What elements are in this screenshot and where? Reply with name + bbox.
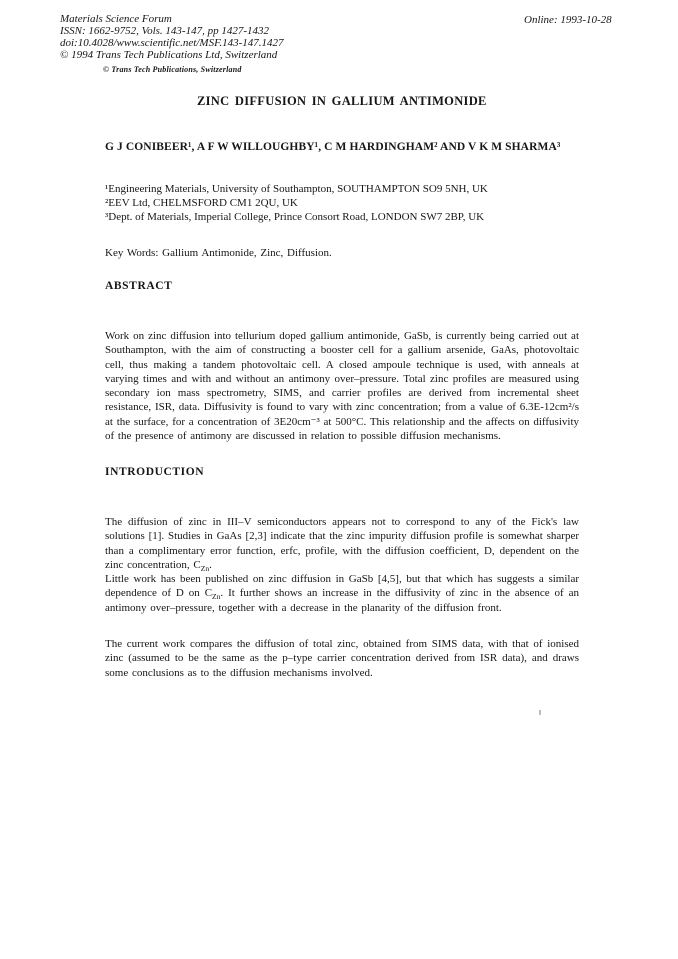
keywords-line: Key Words: Gallium Antimonide, Zinc, Dif… (105, 247, 332, 259)
authors-line: G J CONIBEER¹, A F W WILLOUGHBY¹, C M HA… (105, 141, 560, 153)
affiliations-block: ¹Engineering Materials, University of So… (105, 182, 488, 225)
affiliation-1: ¹Engineering Materials, University of So… (105, 182, 488, 196)
copyright-line: © 1994 Trans Tech Publications Ltd, Swit… (60, 50, 420, 62)
abstract-heading: ABSTRACT (105, 280, 172, 292)
online-date: Online: 1993-10-28 (524, 14, 612, 26)
publisher-stamp: © Trans Tech Publications, Switzerland (103, 65, 242, 74)
affiliation-2: ²EEV Ltd, CHELMSFORD CM1 2QU, UK (105, 196, 488, 210)
introduction-paragraph-2: Little work has been published on zinc d… (105, 572, 579, 615)
introduction-paragraph-1: The diffusion of zinc in III–V semicondu… (105, 515, 579, 572)
introduction-heading: INTRODUCTION (105, 466, 204, 478)
paper-page: Materials Science Forum ISSN: 1662-9752,… (0, 0, 678, 959)
doi-line: doi:10.4028/www.scientific.net/MSF.143-1… (60, 38, 420, 50)
abstract-paragraph: Work on zinc diffusion into tellurium do… (105, 329, 579, 443)
journal-header-block: Materials Science Forum ISSN: 1662-9752,… (60, 14, 420, 62)
affiliation-3: ³Dept. of Materials, Imperial College, P… (105, 210, 488, 224)
paper-title: ZINC DIFFUSION IN GALLIUM ANTIMONIDE (197, 94, 487, 109)
introduction-paragraph-3: The current work compares the diffusion … (105, 637, 579, 680)
scan-artifact-speck (539, 710, 541, 715)
